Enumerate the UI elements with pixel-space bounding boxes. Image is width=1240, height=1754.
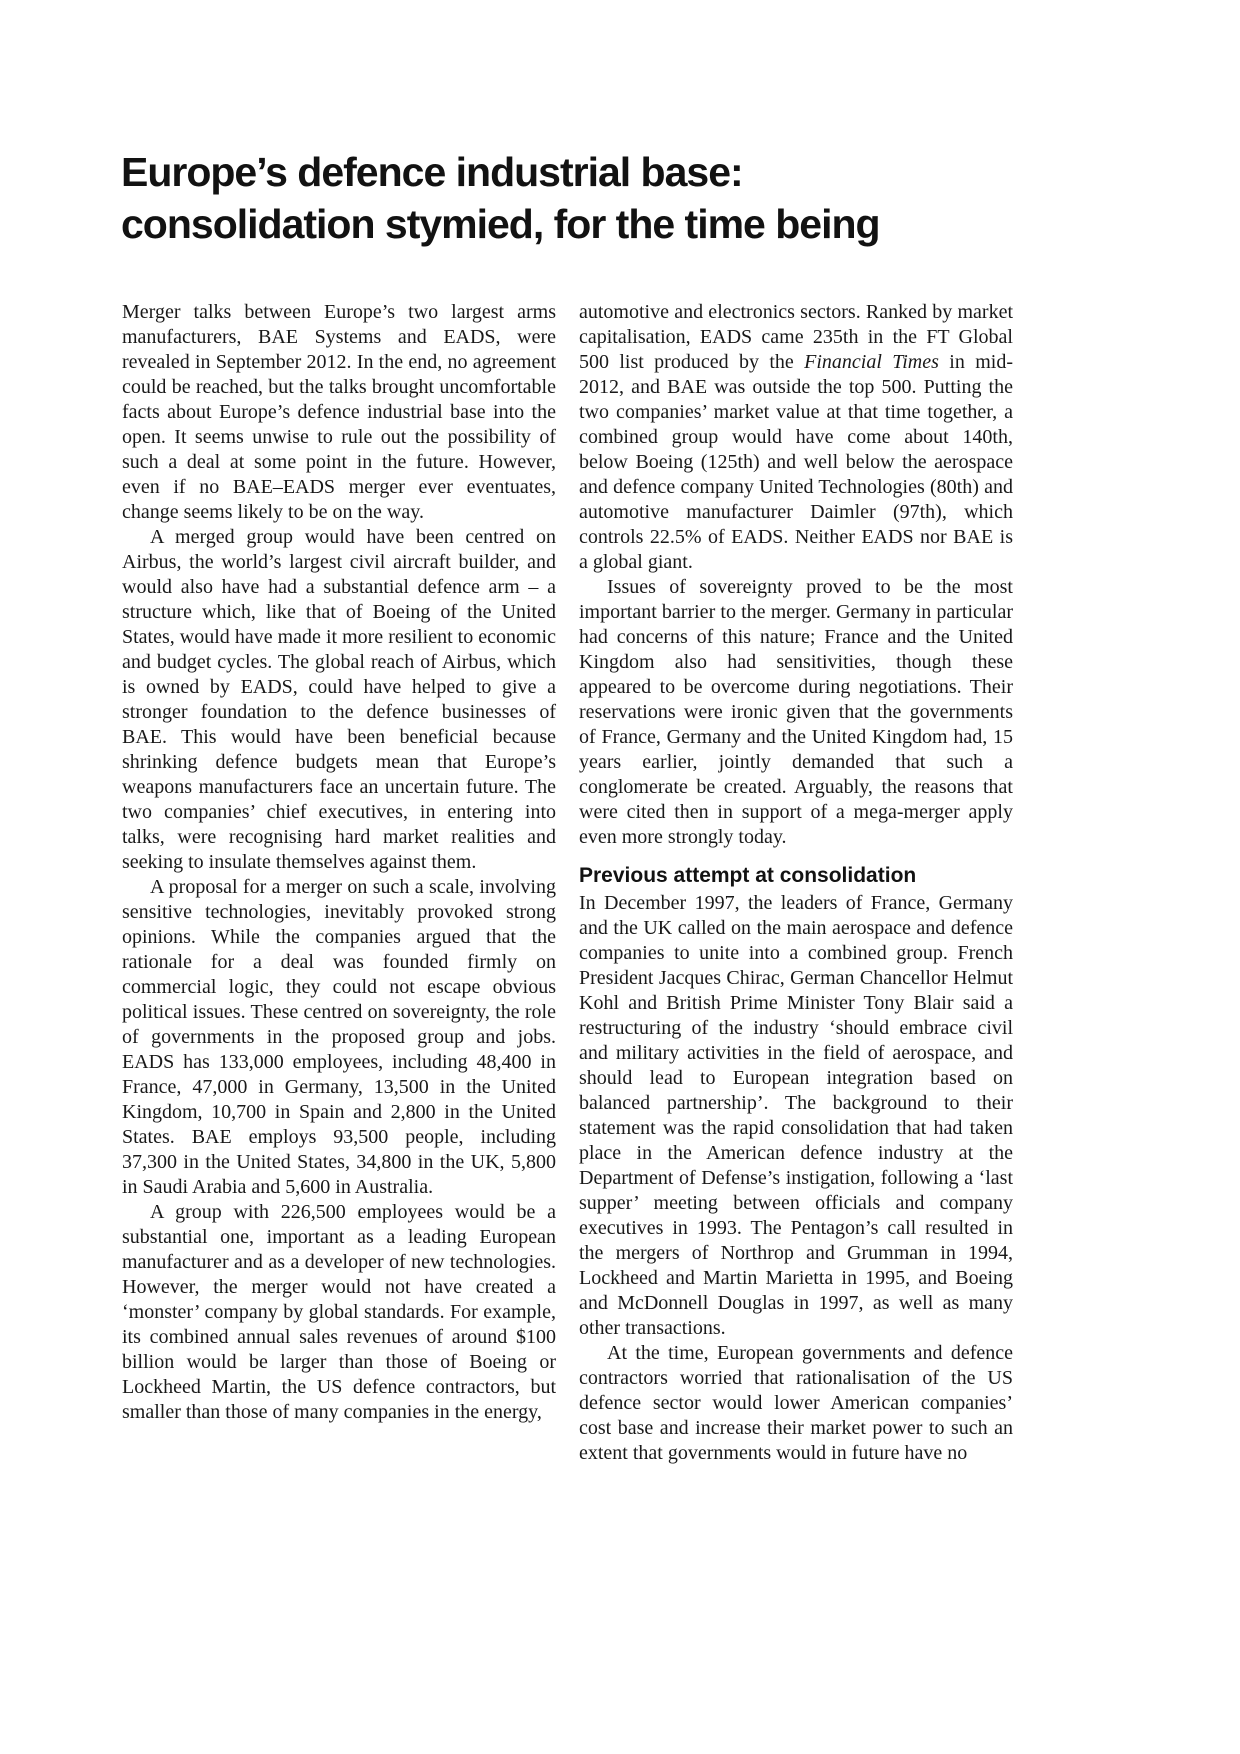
- article-title: Europe’s defence industrial base: consol…: [121, 146, 880, 250]
- body-paragraph: automotive and electronics sectors. Rank…: [579, 300, 1013, 575]
- body-paragraph: In December 1997, the leaders of France,…: [579, 891, 1013, 1341]
- left-column: Merger talks between Europe’s two larges…: [122, 300, 556, 1466]
- body-paragraph: A merged group would have been centred o…: [122, 525, 556, 875]
- body-paragraph: At the time, European governments and de…: [579, 1341, 1013, 1466]
- body-paragraph: A group with 226,500 employees would be …: [122, 1200, 556, 1425]
- paragraph-text: in mid-2012, and BAE was outside the top…: [579, 351, 1013, 573]
- body-paragraph: A proposal for a merger on such a scale,…: [122, 875, 556, 1200]
- article-title-line2: consolidation stymied, for the time bein…: [121, 198, 880, 250]
- right-column: automotive and electronics sectors. Rank…: [579, 300, 1013, 1466]
- section-heading: Previous attempt at consolidation: [579, 863, 1013, 888]
- body-paragraph: Merger talks between Europe’s two larges…: [122, 300, 556, 525]
- publication-name-italic: Financial Times: [804, 351, 939, 373]
- body-paragraph: Issues of sovereignty proved to be the m…: [579, 575, 1013, 850]
- article-title-line1: Europe’s defence industrial base:: [121, 146, 880, 198]
- body-columns: Merger talks between Europe’s two larges…: [122, 300, 1014, 1466]
- document-page: Europe’s defence industrial base: consol…: [0, 0, 1240, 1754]
